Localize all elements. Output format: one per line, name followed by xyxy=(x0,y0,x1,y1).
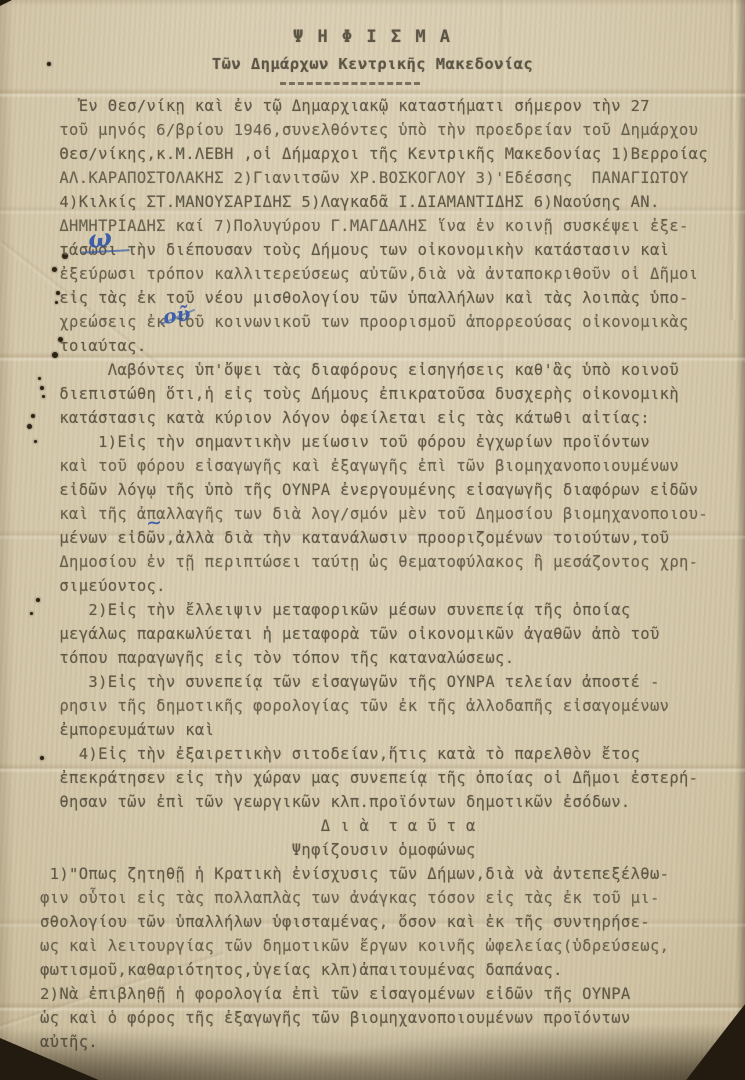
opening-paragraph: Ἐν Θεσ/νίκῃ καὶ ἐν τῷ Δημαρχιακῷ καταστή… xyxy=(40,94,745,358)
document-title: Ψ Η Φ Ι Σ Μ Α xyxy=(0,27,745,47)
considerations-paragraph: Λαβόντες ὑπ'ὄψει τὰς διαφόρους εἰσηγήσει… xyxy=(40,358,745,430)
text-line: 1)Εἰς τὴν σημαντικὴν μείωσιν τοῦ φόρου ἐ… xyxy=(40,430,745,454)
text-line: 2)Εἰς τὴν ἔλλειψιν μεταφορικῶν μέσων συν… xyxy=(40,598,745,622)
text-line: μεγάλως παρακωλύεται ἡ μεταφορὰ τῶν οἰκο… xyxy=(40,622,745,646)
text-line: εἰδῶν λόγῳ τῆς ὑπὸ τῆς ΟΥΝΡΑ ἐνεργουμένη… xyxy=(40,478,745,502)
dia-tauta-heading: Δ ι ὰ τ α ῦ τ α xyxy=(40,814,745,838)
text-line: φωτισμοῦ,καθαριότητος,ὑγείας κλπ)ἀπαιτου… xyxy=(40,958,745,982)
text-line: καὶ τοῦ φόρου εἰσαγωγῆς καὶ ἐξαγωγῆς ἐπὶ… xyxy=(40,454,745,478)
text-line: τοῦ μηνός 6/βρίου 1946,συνελθόντες ὑπὸ τ… xyxy=(40,118,745,142)
text-line: κατάστασις κατὰ κύριον λόγον ὀφείλεται ε… xyxy=(40,406,745,430)
text-line: ἐπεκράτησεν εἰς τὴν χώραν μας συνεπείᾳ τ… xyxy=(40,766,745,790)
text-line: θησαν τῶν ἐπὶ τῶν γεωργικῶν κλπ.προϊόντω… xyxy=(40,790,745,814)
text-line: φιν οὗτοι εἰς τὰς πολλαπλὰς των ἀνάγκας … xyxy=(40,886,745,910)
text-line: ΔΗΜΗΤΡΙΑΔΗΣ καί 7)Πολυγύρου Γ.ΜΑΓΔΑΛΗΣ ἵ… xyxy=(40,214,745,238)
text-line: σιμεύοντος. xyxy=(40,574,745,598)
text-line: Ἐν Θεσ/νίκῃ καὶ ἐν τῷ Δημαρχιακῷ καταστή… xyxy=(40,94,745,118)
text-line: ἐξεύρωσι τρόπον καλλιτερεύσεως αὐτῶν,διὰ… xyxy=(40,262,745,286)
handwritten-correction-omega: ω xyxy=(86,223,113,255)
text-line: ἐμπορευμάτων καὶ xyxy=(40,718,745,742)
resolution-1: 1)"Οπως ζητηθῇ ἡ Κρατικὴ ἐνίσχυσις τῶν Δ… xyxy=(40,862,745,982)
cause-2: 2)Εἰς τὴν ἔλλειψιν μεταφορικῶν μέσων συν… xyxy=(40,598,745,670)
text-line: εἰς τὰς ἐκ τοῦ νέου μισθολογίου τῶν ὑπαλ… xyxy=(40,286,745,310)
text-line: 4)Εἰς τὴν ἐξαιρετικὴν σιτοδείαν,ἥτις κατ… xyxy=(40,742,745,766)
text-line: σθολογίου τῶν ὑπαλλήλων ὑφισταμένας, ὅσο… xyxy=(40,910,745,934)
vote-heading: Ψηφίζουσιν ὁμοφώνως xyxy=(40,838,745,862)
text-line: τάσωσι τὴν διέπουσαν τοὺς Δήμους των οἰκ… xyxy=(40,238,745,262)
subtitle-underline xyxy=(280,82,420,85)
text-line: τοιαύτας. xyxy=(40,334,745,358)
text-line: τόπου παραγωγῆς εἰς τὸν τόπον τῆς κατανα… xyxy=(40,646,745,670)
text-line: ρησιν τῆς δημοτικῆς φορολογίας τῶν ἐκ τῆ… xyxy=(40,694,745,718)
text-line: διεπιστώθη ὅτι,ἡ εἰς τοὺς Δήμους ἐπικρατ… xyxy=(40,382,745,406)
text-line: Θεσ/νίκης,κ.Μ.ΛΕΒΗ ,οἱ Δήμαρχοι τῆς Κεντ… xyxy=(40,142,745,166)
text-line: 3)Εἰς τὴν συνεπείᾳ τῶν εἰσαγωγῶν τῆς ΟΥΝ… xyxy=(40,670,745,694)
resolution-2: 2)Νὰ ἐπιβληθῇ ἡ φορολογία ἐπὶ τῶν εἰσαγο… xyxy=(40,982,745,1054)
handwritten-underline-mark: ∼ xyxy=(145,511,162,534)
text-line: ως καὶ λειτουργίας τῶν δημοτικῶν ἔργων κ… xyxy=(40,934,745,958)
text-line: 4)Κιλκίς ΣΤ.ΜΑΝΟΥΣΑΡΙΔΗΣ 5)Λαγκαδᾶ Ι.ΔΙΑ… xyxy=(40,190,745,214)
text-line: Ψηφίζουσιν ὁμοφώνως xyxy=(40,838,745,862)
cause-3: 3)Εἰς τὴν συνεπείᾳ τῶν εἰσαγωγῶν τῆς ΟΥΝ… xyxy=(40,670,745,742)
text-line: Δ ι ὰ τ α ῦ τ α xyxy=(40,814,745,838)
photo-background: Ψ Η Φ Ι Σ Μ Α Τῶν Δημάρχων Κεντρικῆς Μακ… xyxy=(0,0,745,1080)
text-line: 1)"Οπως ζητηθῇ ἡ Κρατικὴ ἐνίσχυσις τῶν Δ… xyxy=(40,862,745,886)
text-line: χρεώσεις ἐκ τοῦ κοινωνικοῦ των προορισμο… xyxy=(40,310,745,334)
document-page: Ψ Η Φ Ι Σ Μ Α Τῶν Δημάρχων Κεντρικῆς Μακ… xyxy=(0,0,745,1080)
text-line: ὡς καὶ ὁ φόρος τῆς ἐξαγωγῆς τῶν βιομηχαν… xyxy=(40,1006,745,1030)
cause-4: 4)Εἰς τὴν ἐξαιρετικὴν σιτοδείαν,ἥτις κατ… xyxy=(40,742,745,814)
text-line: Λαβόντες ὑπ'ὄψει τὰς διαφόρους εἰσηγήσει… xyxy=(40,358,745,382)
document-subtitle: Τῶν Δημάρχων Κεντρικῆς Μακεδονίας xyxy=(0,55,745,73)
text-line: ΑΛ.ΚΑΡΑΠΟΣΤΟΛΑΚΗΣ 2)Γιανιτσῶν ΧΡ.ΒΟΣΚΟΓΛ… xyxy=(40,166,745,190)
text-line: αὐτῆς. xyxy=(40,1030,745,1054)
handwritten-correction-ou: οῦ xyxy=(161,301,192,329)
text-line: 2)Νὰ ἐπιβληθῇ ἡ φορολογία ἐπὶ τῶν εἰσαγο… xyxy=(40,982,745,1006)
text-line: Δημοσίου ἐν τῇ περιπτώσει ταύτῃ ὡς θεματ… xyxy=(40,550,745,574)
